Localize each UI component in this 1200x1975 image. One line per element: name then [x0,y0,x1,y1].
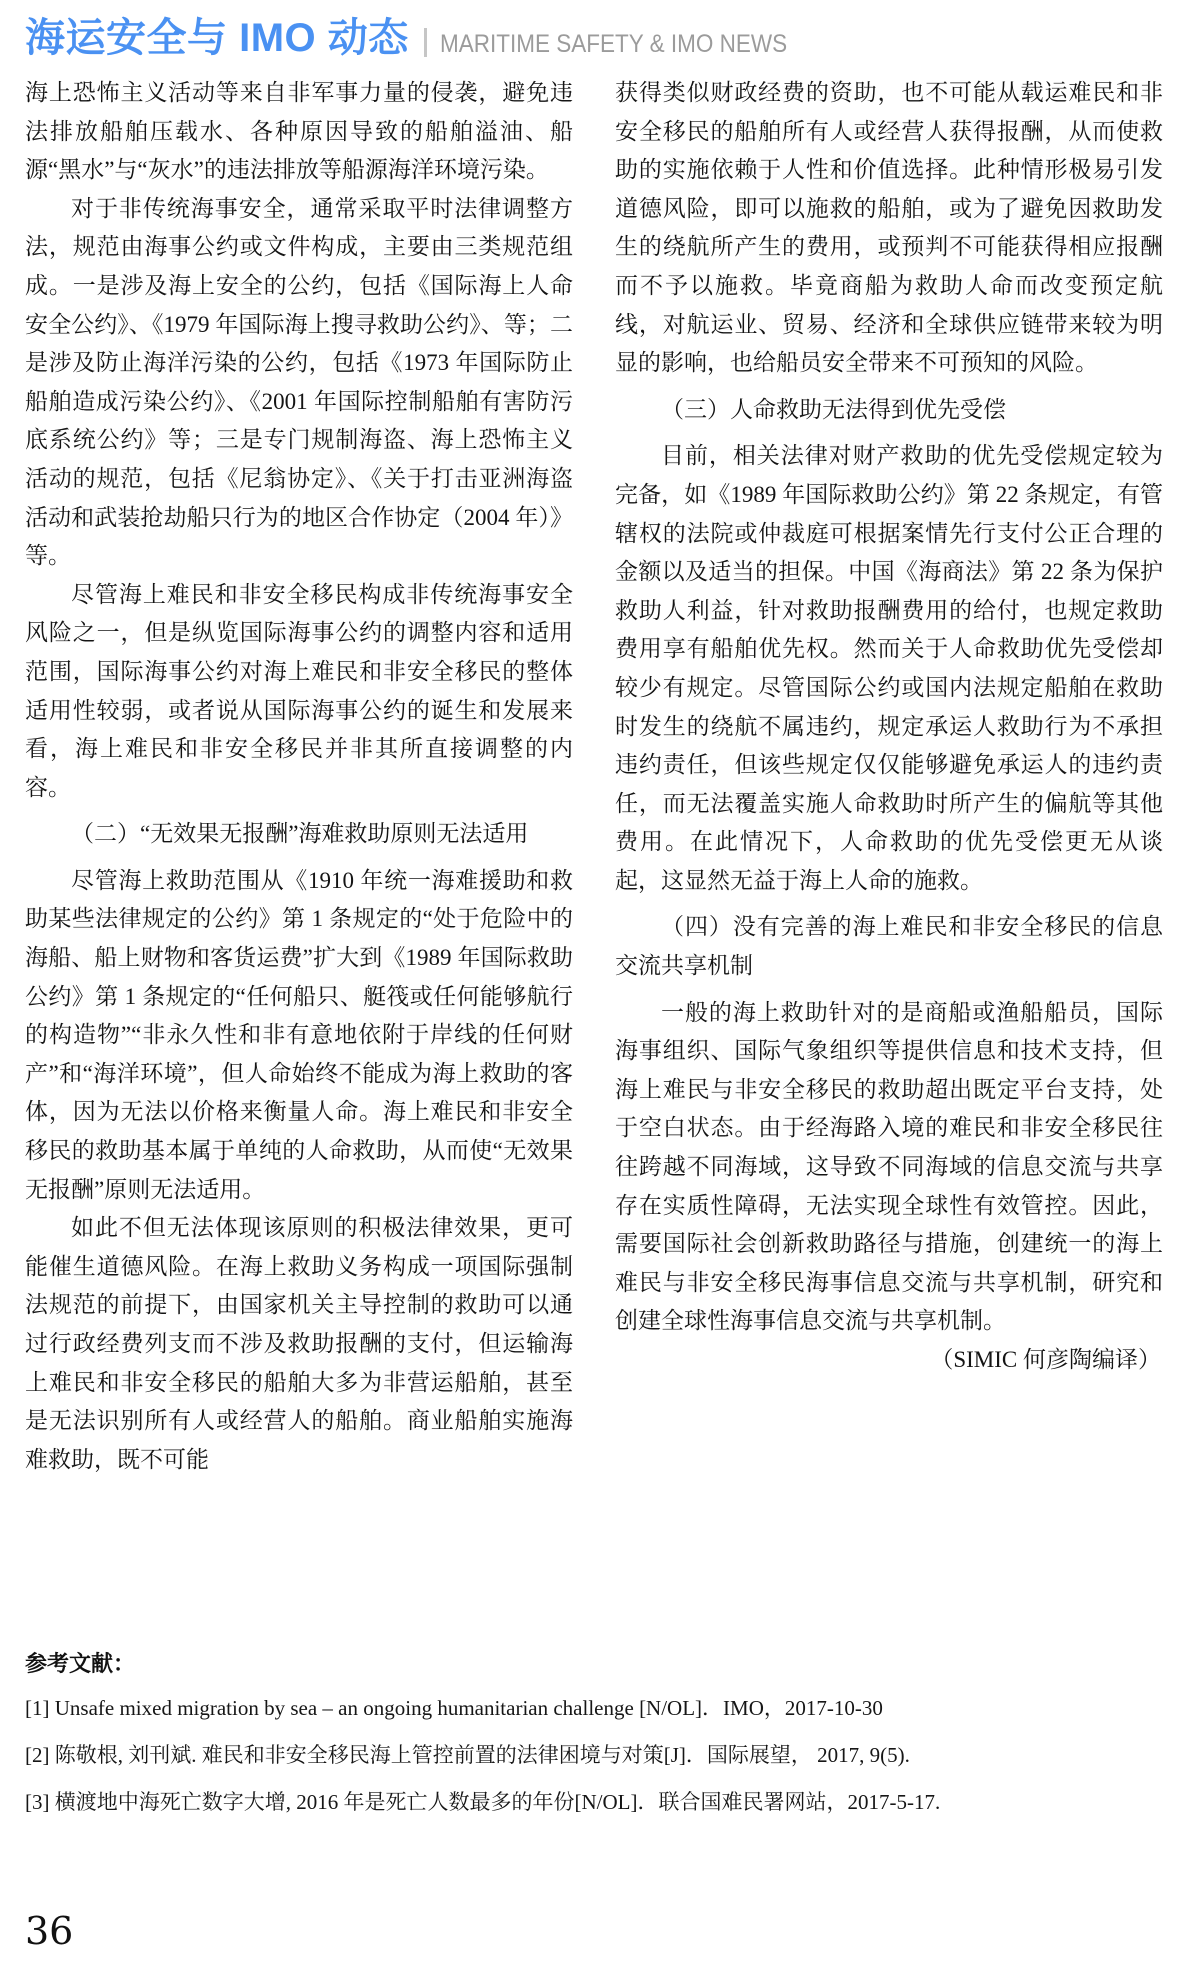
article-body: 海上恐怖主义活动等来自非军事力量的侵袭，避免违法排放船舶压载水、各种原因导致的船… [0,74,1200,1626]
body-paragraph: 一般的海上救助针对的是商船或渔船船员，国际海事组织、国际气象组织等提供信息和技术… [615,994,1163,1341]
body-paragraph: 如此不但无法体现该原则的积极法律效果，更可能催生道德风险。在海上救助义务构成一项… [25,1209,573,1479]
section-heading-4: （四）没有完善的海上难民和非安全移民的信息交流共享机制 [615,908,1163,985]
body-paragraph: 对于非传统海事安全，通常采取平时法律调整方法，规范由海事公约或文件构成，主要由三… [25,190,573,576]
references-section: 参考文献： [1] Unsafe mixed migration by sea … [0,1626,1200,1815]
page-number: 36 [25,1912,73,1950]
body-paragraph: 尽管海上救助范围从《1910 年统一海难援助和救助某些法律规定的公约》第 1 条… [25,862,573,1209]
left-column: 海上恐怖主义活动等来自非军事力量的侵袭，避免违法排放船舶压载水、各种原因导致的船… [25,74,573,1626]
translator-credit: （SIMIC 何彦陶编译） [615,1341,1163,1380]
section-heading-3: （三）人命救助无法得到优先受偿 [615,391,1163,430]
references-heading: 参考文献： [25,1650,1165,1678]
body-paragraph: 尽管海上难民和非安全移民构成非传统海事安全风险之一，但是纵览国际海事公约的调整内… [25,576,573,808]
section-title-chinese: 海运安全与 IMO 动态 [25,18,409,58]
reference-item: [3] 横渡地中海死亡数字大增, 2016 年是死亡人数最多的年份[N/OL]．… [25,1789,1165,1815]
body-paragraph: 获得类似财政经费的资助，也不可能从载运难民和非安全移民的船舶所有人或经营人获得报… [615,74,1163,383]
section-heading-2: （二）“无效果无报酬”海难救助原则无法适用 [25,815,573,854]
header-divider [424,28,427,57]
right-column: 获得类似财政经费的资助，也不可能从载运难民和非安全移民的船舶所有人或经营人获得报… [615,74,1163,1626]
reference-item: [2] 陈敬根, 刘刊斌. 难民和非安全移民海上管控前置的法律困境与对策[J]．… [25,1742,1165,1768]
body-paragraph: 目前，相关法律对财产救助的优先受偿规定较为完备，如《1989 年国际救助公约》第… [615,437,1163,900]
body-paragraph: 海上恐怖主义活动等来自非军事力量的侵袭，避免违法排放船舶压载水、各种原因导致的船… [25,74,573,190]
page-header: 海运安全与 IMO 动态 MARITIME SAFETY & IMO NEWS [0,0,1200,58]
reference-item: [1] Unsafe mixed migration by sea – an o… [25,1695,1165,1721]
section-title-english: MARITIME SAFETY & IMO NEWS [440,32,787,57]
